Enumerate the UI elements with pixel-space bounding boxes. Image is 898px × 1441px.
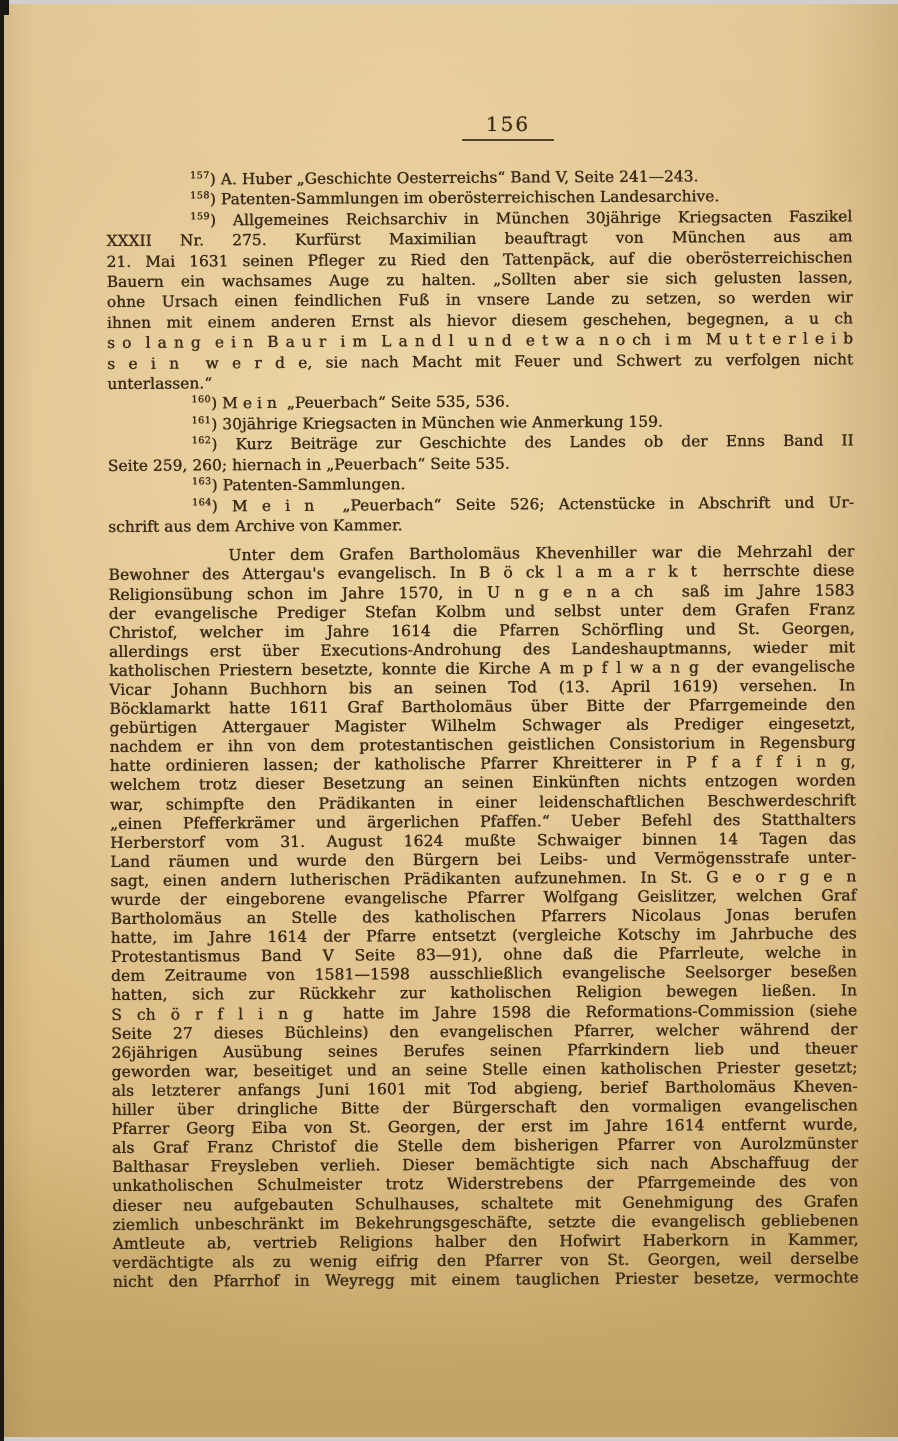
text-column: 157) A. Huber „Geschichte Oesterreichs“ … — [106, 165, 859, 1292]
paper-background: 156 157) A. Huber „Geschichte Oesterreic… — [0, 0, 898, 1441]
footnote-marker: 159 — [190, 211, 210, 222]
footnote-marker: 161 — [191, 415, 211, 426]
footnote-marker: 157 — [190, 170, 210, 181]
footnote-marker: 162 — [192, 436, 212, 447]
scan-border-bottom — [0, 1437, 898, 1441]
footnote-164: 164) M e i n „Peuerbach“ Seite 526; Acte… — [108, 492, 854, 537]
footnote-marker: 164 — [192, 497, 212, 508]
scan-border-top — [0, 0, 898, 4]
scan-edge-left — [0, 0, 4, 1441]
footnote-marker: 163 — [192, 476, 212, 487]
footnote-159: 159) Allgemeines Reichsarchiv in München… — [106, 206, 853, 394]
scanned-book-page: { "meta": { "page_number": "156" }, "col… — [0, 0, 898, 1441]
footnote-marker: 160 — [191, 395, 211, 406]
footnote-marker: 158 — [190, 191, 210, 202]
text-line: schrift aus dem Archive von Kammer. — [108, 512, 854, 537]
text-line: nicht den Pfarrhof in Weyregg mit einem … — [113, 1268, 859, 1292]
page-number: 156 — [462, 112, 554, 141]
main-paragraph: Unter dem Grafen Bartholomäus Khevenhill… — [108, 543, 859, 1292]
footnote-162: 162) Kurz Beiträge zur Geschichte des La… — [108, 431, 854, 476]
